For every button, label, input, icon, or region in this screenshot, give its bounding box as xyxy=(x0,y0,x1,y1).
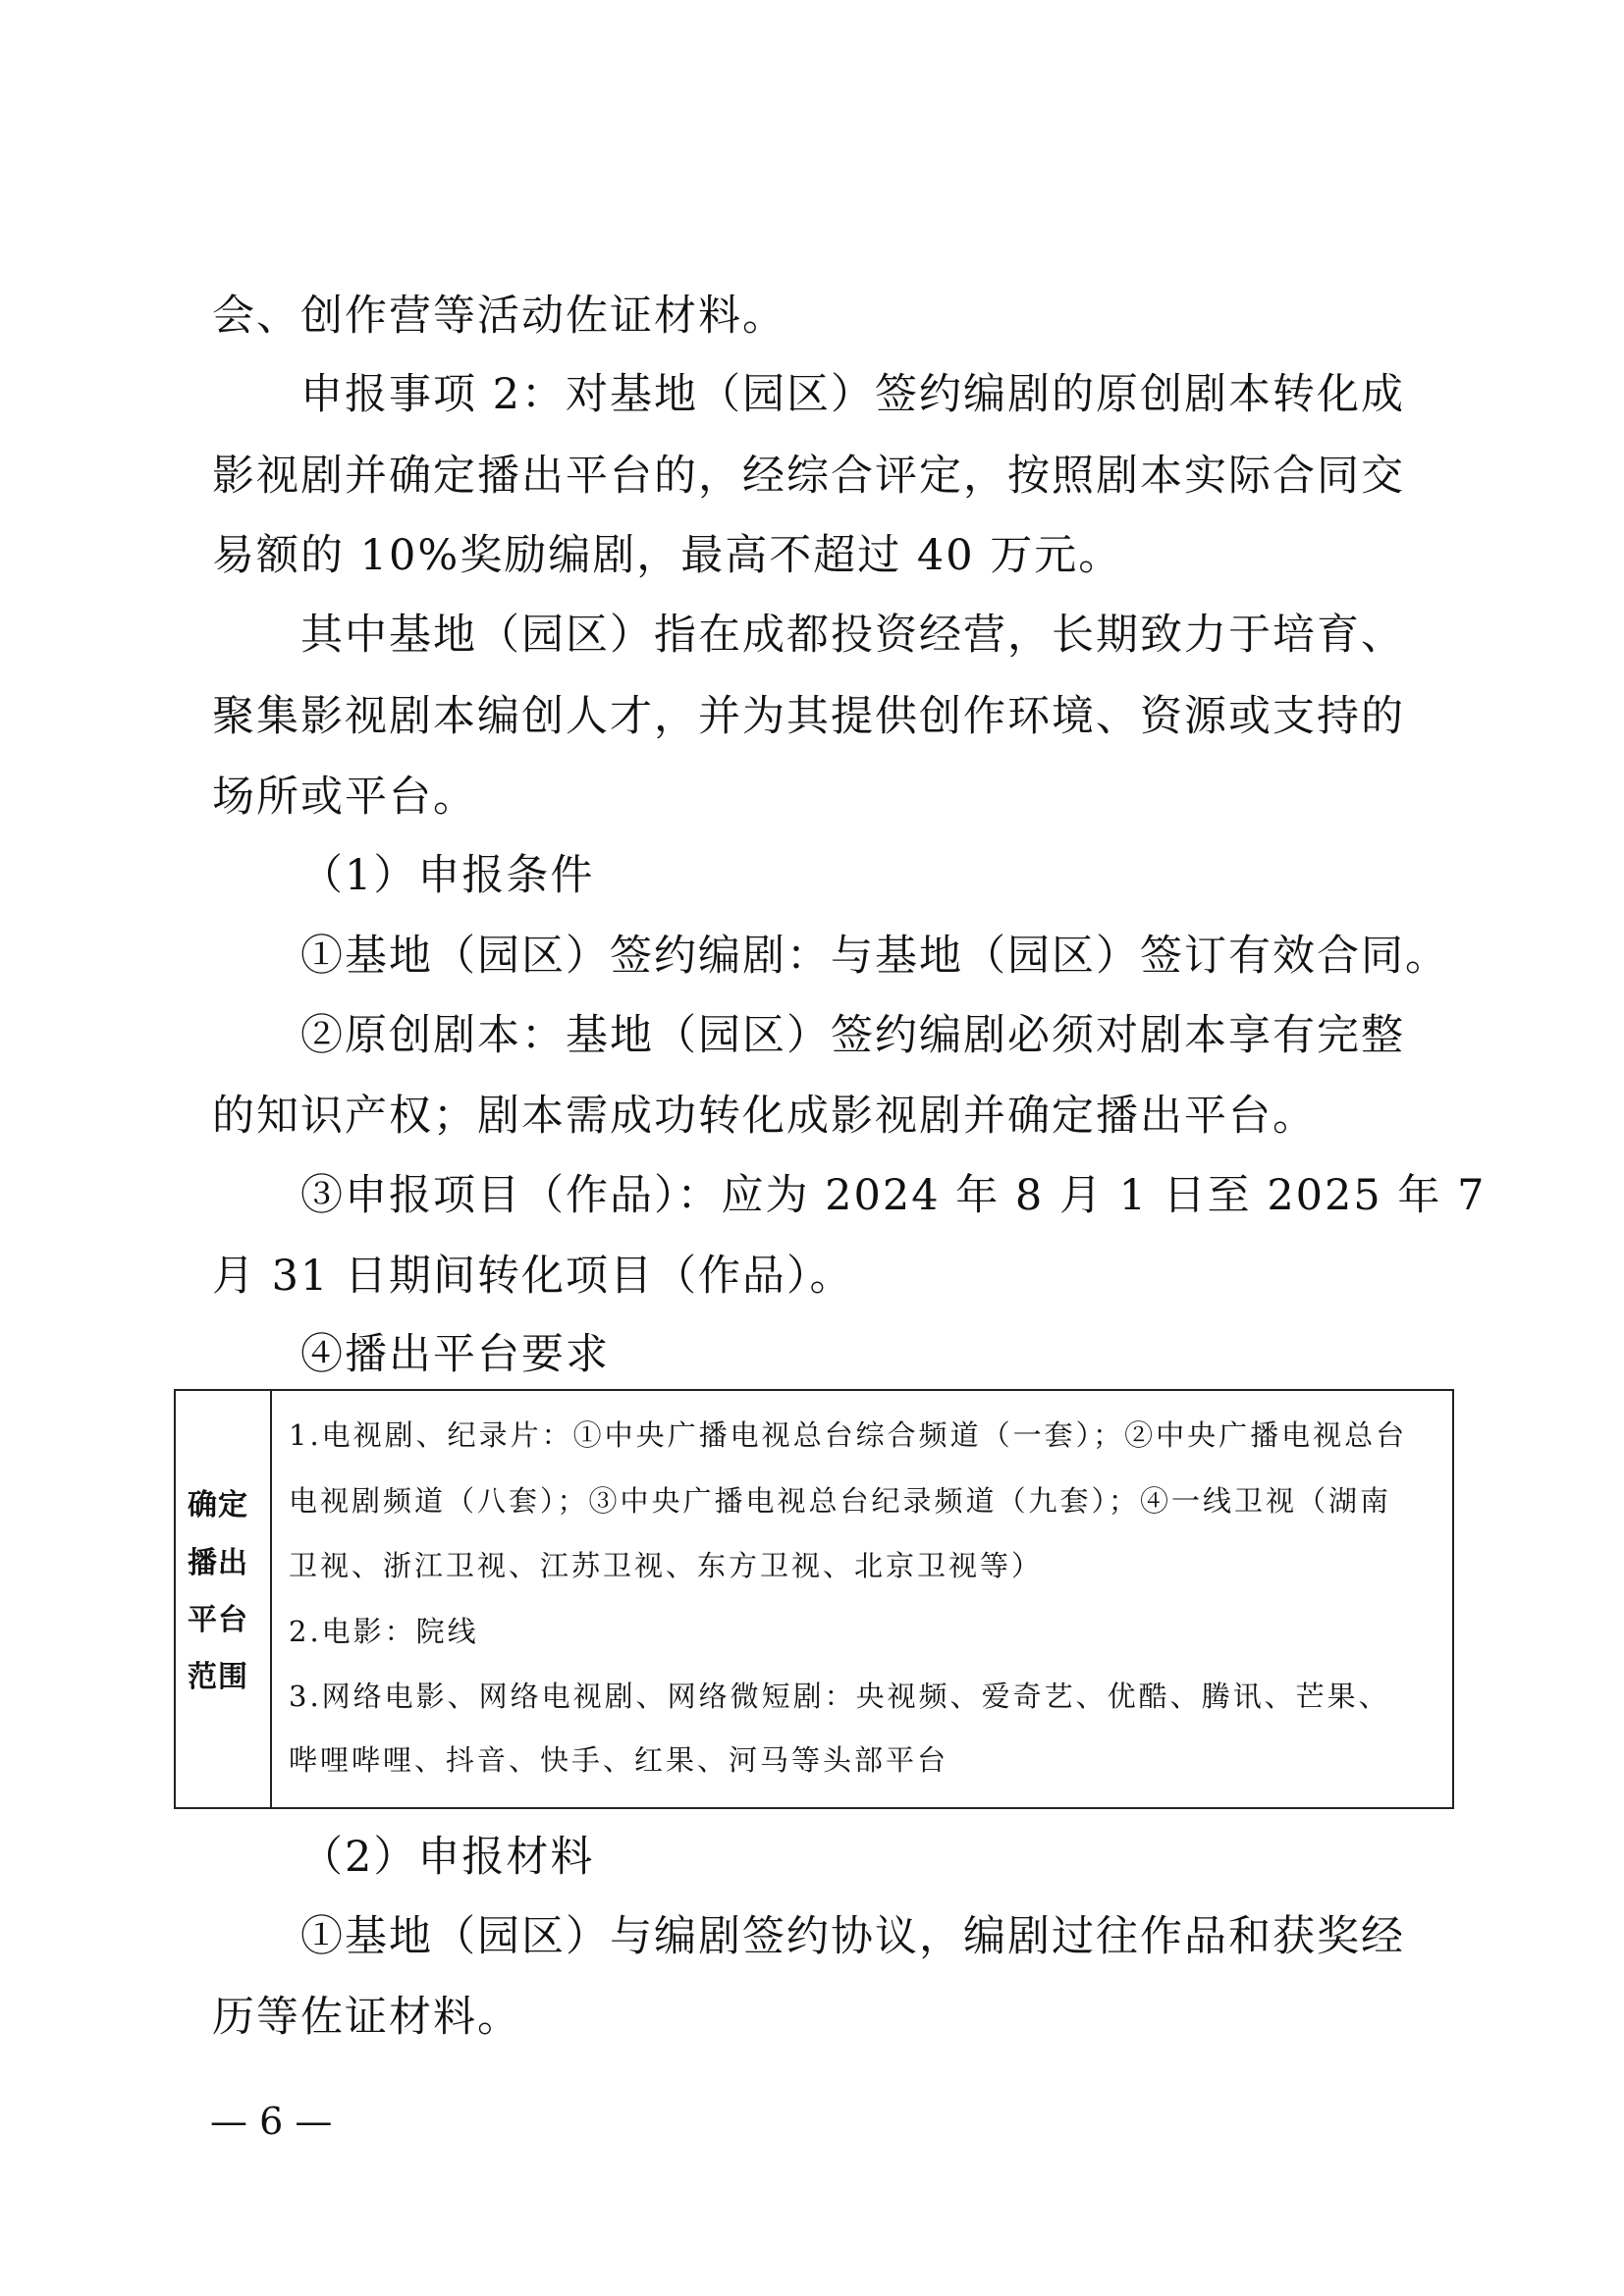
section-heading: （1）申报条件 xyxy=(300,846,594,905)
paragraph-line: 易额的 10%奖励编剧，最高不超过 40 万元。 xyxy=(212,526,1122,585)
paragraph-line: 影视剧并确定播出平台的，经综合评定，按照剧本实际合同交 xyxy=(212,447,1405,506)
platform-scope-table: 确定 播出 平台 范围 1.电视剧、纪录片：①中央广播电视总台综合频道（一套）；… xyxy=(174,1389,1454,1809)
paragraph-line: ①基地（园区）签约编剧：与基地（园区）签订有效合同。 xyxy=(300,927,1449,986)
header-char: 确定 xyxy=(188,1486,248,1525)
paragraph-line: 申报事项 2：对基地（园区）签约编剧的原创剧本转化成 xyxy=(300,365,1405,424)
paragraph-line: 会、创作营等活动佐证材料。 xyxy=(212,287,786,346)
section-heading: ④播出平台要求 xyxy=(300,1325,610,1384)
table-content-line: 1.电视剧、纪录片：①中央广播电视总台综合频道（一套）；②中央广播电视总台 xyxy=(289,1415,1407,1455)
paragraph-line: ①基地（园区）与编剧签约协议，编剧过往作品和获奖经 xyxy=(300,1907,1405,1966)
table-content-line: 哔哩哔哩、抖音、快手、红果、河马等头部平台 xyxy=(289,1740,948,1780)
paragraph-line: 月 31 日期间转化项目（作品）。 xyxy=(212,1247,854,1306)
table-content-line: 2.电影：院线 xyxy=(289,1612,479,1651)
header-char: 范围 xyxy=(188,1658,248,1697)
paragraph-line: 场所或平台。 xyxy=(212,768,477,827)
header-char: 播出 xyxy=(188,1544,248,1583)
paragraph-line: ③申报项目（作品）：应为 2024 年 8 月 1 日至 2025 年 7 xyxy=(300,1166,1486,1225)
section-heading: （2）申报材料 xyxy=(300,1828,594,1887)
table-header-cell: 确定 播出 平台 范围 xyxy=(176,1391,272,1807)
paragraph-line: ②原创剧本：基地（园区）签约编剧必须对剧本享有完整 xyxy=(300,1006,1405,1065)
header-char: 平台 xyxy=(188,1601,248,1640)
table-content-line: 卫视、浙江卫视、江苏卫视、东方卫视、北京卫视等） xyxy=(289,1546,1043,1585)
paragraph-line: 的知识产权；剧本需成功转化成影视剧并确定播出平台。 xyxy=(212,1087,1317,1146)
table-content-line: 3.网络电影、网络电视剧、网络微短剧：央视频、爱奇艺、优酷、腾讯、芒果、 xyxy=(289,1677,1390,1716)
page-number: — 6 — xyxy=(210,2097,332,2146)
table-content-line: 电视剧频道（八套）；③中央广播电视总台纪录频道（九套）；④一线卫视（湖南 xyxy=(289,1481,1391,1521)
paragraph-line: 其中基地（园区）指在成都投资经营，长期致力于培育、 xyxy=(300,606,1405,665)
paragraph-line: 聚集影视剧本编创人才，并为其提供创作环境、资源或支持的 xyxy=(212,687,1405,746)
paragraph-line: 历等佐证材料。 xyxy=(212,1988,521,2047)
